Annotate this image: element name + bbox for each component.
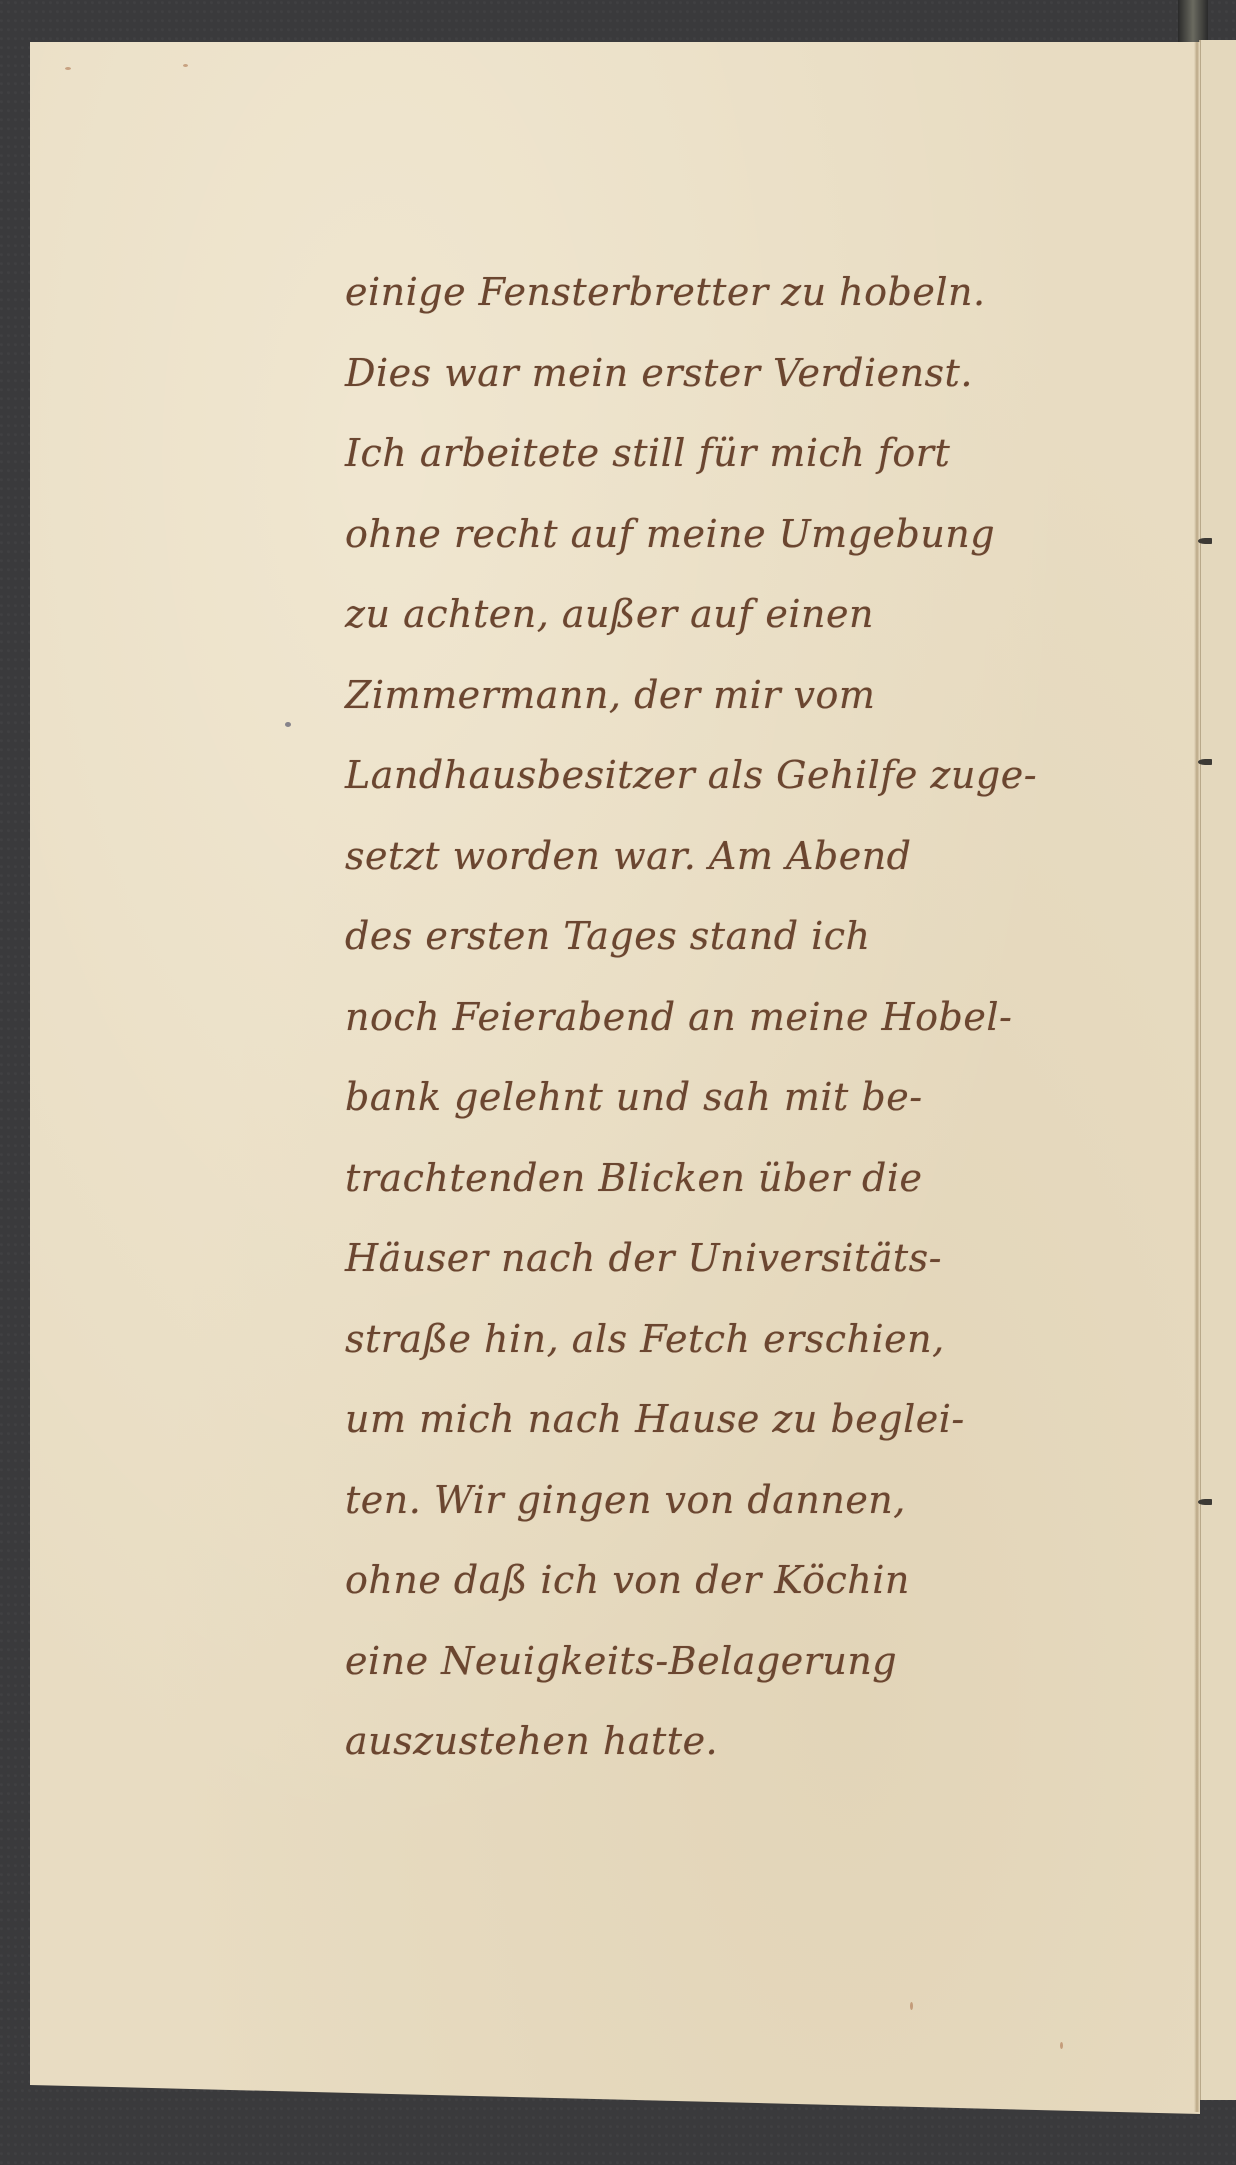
paper-stain [65,67,71,70]
stitch-hole [1198,1499,1212,1505]
text-line: noch Feierabend an meine Hobel- [345,987,1145,1068]
handwritten-text: einige Fensterbretter zu hobeln. Dies wa… [345,262,1145,1792]
adjacent-page-edge [1199,40,1236,2100]
page-fold-gutter [1194,42,1200,2112]
stitch-hole [1198,538,1212,544]
text-line: eine Neuigkeits-Belagerung [345,1631,1145,1712]
text-line: auszustehen hatte. [345,1711,1145,1792]
binding-edge [1178,0,1208,44]
text-line: um mich nach Hause zu beglei- [345,1389,1145,1470]
paper-stain [1060,2042,1063,2049]
text-line: trachtenden Blicken über die [345,1148,1145,1229]
text-line: Ich arbeitete still für mich fort [345,423,1145,504]
text-line: setzt worden war. Am Abend [345,826,1145,907]
text-line: bank gelehnt und sah mit be- [345,1067,1145,1148]
text-line: Dies war mein erster Verdienst. [345,343,1145,424]
text-line: einige Fensterbretter zu hobeln. [345,262,1145,343]
text-line: Landhausbesitzer als Gehilfe zuge- [345,745,1145,826]
paper-stain [183,64,188,67]
paper-stain [910,2002,913,2010]
stitch-hole [1198,759,1212,765]
text-line: ohne daß ich von der Köchin [345,1550,1145,1631]
paper-stain [285,722,291,727]
text-line: des ersten Tages stand ich [345,906,1145,987]
text-line: Häuser nach der Universitäts- [345,1228,1145,1309]
text-line: zu achten, außer auf einen [345,584,1145,665]
text-line: ten. Wir gingen von dannen, [345,1470,1145,1551]
text-line: straße hin, als Fetch erschien, [345,1309,1145,1390]
text-line: Zimmermann, der mir vom [345,665,1145,746]
text-line: ohne recht auf meine Umgebung [345,504,1145,585]
